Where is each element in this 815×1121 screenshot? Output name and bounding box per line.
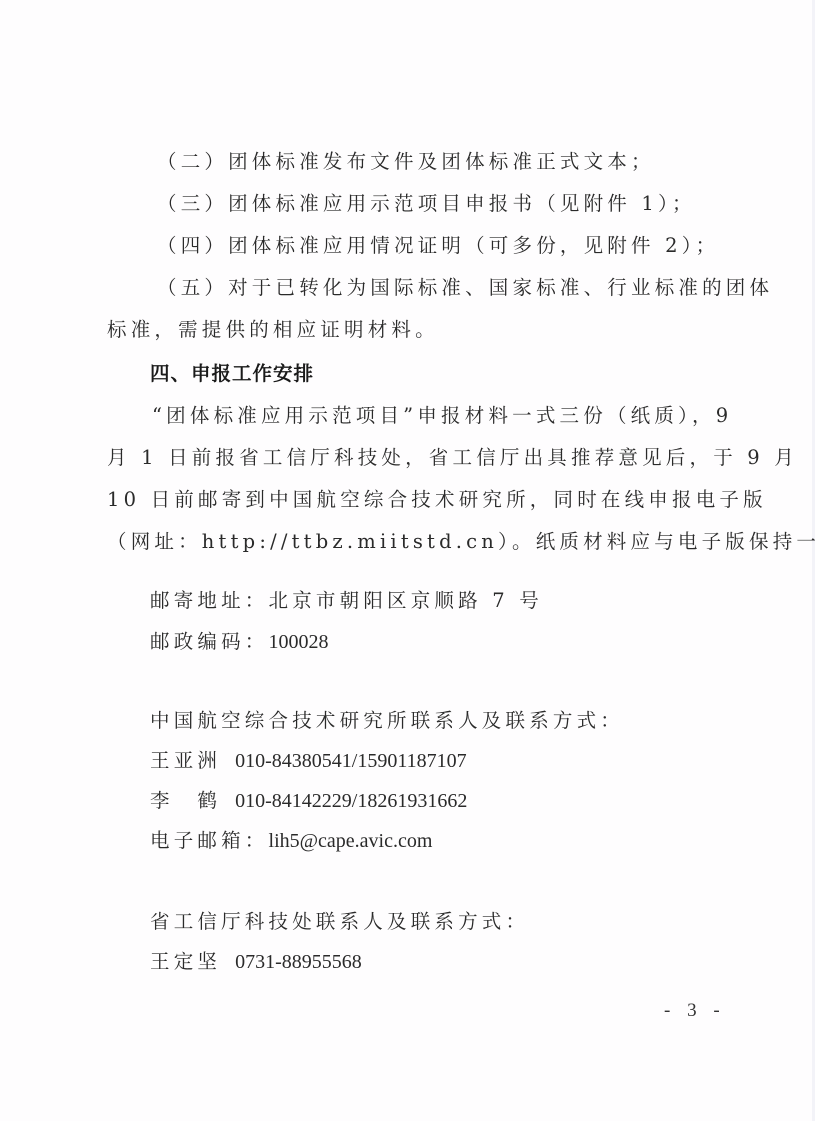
arrangement-line-4-text: （网址：http://ttbz.miitstd.cn）。纸质材料应与电子版保持一…: [107, 530, 815, 553]
province-contact-row: 王定坚0731-88955568: [150, 950, 362, 974]
materials-item-2: （二）团体标准发布文件及团体标准正式文本；: [157, 150, 655, 174]
arrangement-line-4: （网址：http://ttbz.miitstd.cn）。纸质材料应与电子版保持一…: [107, 530, 815, 554]
materials-item-3: （三）团体标准应用示范项目申报书（见附件 1）；: [157, 192, 696, 216]
cape-contact-row: 王亚洲010-84380541/15901187107: [150, 749, 467, 773]
contact-phone: 0731-88955568: [235, 951, 362, 973]
arrangement-line-3: 10 日前邮寄到中国航空综合技术研究所，同时在线申报电子版: [107, 488, 767, 512]
cape-contacts-title: 中国航空综合技术研究所联系人及联系方式：: [150, 709, 624, 733]
materials-item-5-cont: 标准，需提供的相应证明材料。: [107, 318, 439, 342]
page-number: - 3 -: [664, 1000, 726, 1022]
email-value: lih5@cape.avic.com: [269, 830, 433, 852]
cape-email: 电子邮箱：lih5@cape.avic.com: [150, 829, 432, 853]
document-page: （二）团体标准发布文件及团体标准正式文本； （三）团体标准应用示范项目申报书（见…: [0, 0, 815, 1121]
mailing-address: 邮寄地址：北京市朝阳区京顺路 7 号: [150, 589, 543, 613]
materials-item-4: （四）团体标准应用情况证明（可多份，见附件 2）；: [157, 234, 719, 258]
contact-phone: 010-84380541/15901187107: [235, 750, 466, 772]
materials-item-5: （五）对于已转化为国际标准、国家标准、行业标准的团体: [157, 276, 773, 300]
cape-contact-row: 李 鹤010-84142229/18261931662: [150, 789, 467, 813]
arrangement-line-1: “团体标准应用示范项目”申报材料一式三份（纸质），9: [152, 404, 732, 428]
contact-name: 王定坚: [150, 950, 221, 973]
arrangement-line-2: 月 1 日前报省工信厅科技处，省工信厅出具推荐意见后，于 9 月: [107, 446, 798, 470]
postcode-value: 100028: [269, 631, 329, 653]
mailing-address-label: 邮寄地址：: [150, 589, 269, 612]
province-contacts-title: 省工信厅科技处联系人及联系方式：: [150, 910, 529, 934]
contact-name: 李 鹤: [150, 789, 221, 812]
contact-phone: 010-84142229/18261931662: [235, 790, 467, 812]
postcode-label: 邮政编码：: [150, 630, 269, 653]
mailing-address-value: 北京市朝阳区京顺路 7 号: [269, 589, 543, 612]
postcode: 邮政编码：100028: [150, 630, 329, 654]
section-heading: 四、申报工作安排: [150, 362, 314, 386]
email-label: 电子邮箱：: [150, 829, 269, 852]
contact-name: 王亚洲: [150, 749, 221, 772]
